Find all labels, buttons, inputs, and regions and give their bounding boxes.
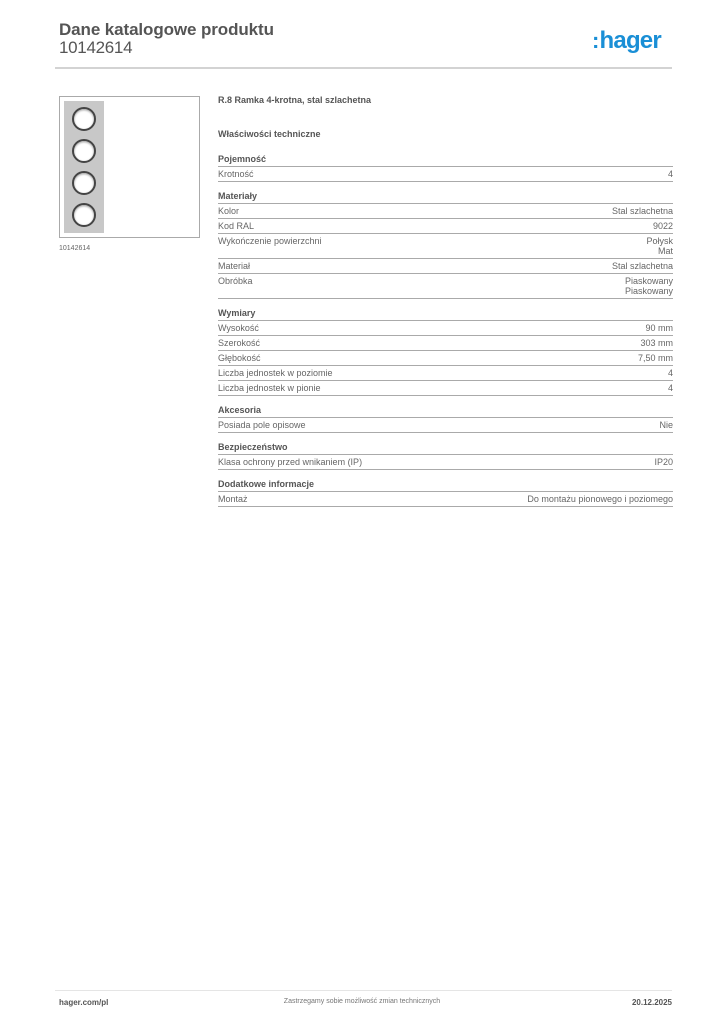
- spec-label: Szerokość: [218, 338, 260, 348]
- spec-value-line: 9022: [653, 221, 673, 231]
- spec-value-line: Stal szlachetna: [612, 206, 673, 216]
- section-title: Właściwości techniczne: [218, 129, 673, 154]
- spec-group: AkcesoriaPosiada pole opisoweNie: [218, 405, 673, 433]
- spec-label: Klasa ochrony przed wnikaniem (IP): [218, 457, 362, 467]
- footer-date: 20.12.2025: [632, 998, 672, 1007]
- group-title: Materiały: [218, 191, 673, 204]
- spec-row: Szerokość303 mm: [218, 336, 673, 351]
- spec-value: PiaskowanyPiaskowany: [625, 276, 673, 296]
- spec-value: 9022: [653, 221, 673, 231]
- spec-row: Wysokość90 mm: [218, 321, 673, 336]
- spec-group: Dodatkowe informacjeMontażDo montażu pio…: [218, 479, 673, 507]
- spec-value-line: Mat: [646, 246, 673, 256]
- spec-value-line: Nie: [659, 420, 673, 430]
- image-caption: 10142614: [59, 245, 90, 252]
- spec-value-line: 4: [668, 383, 673, 393]
- spec-label: Obróbka: [218, 276, 253, 296]
- spec-row: Kod RAL9022: [218, 219, 673, 234]
- spec-value-line: 4: [668, 368, 673, 378]
- spec-row: Głębokość7,50 mm: [218, 351, 673, 366]
- spec-label: Kolor: [218, 206, 239, 216]
- spec-row: Krotność4: [218, 167, 673, 182]
- spec-row: MontażDo montażu pionowego i poziomego: [218, 492, 673, 507]
- spec-label: Liczba jednostek w poziomie: [218, 368, 333, 378]
- spec-value: Stal szlachetna: [612, 206, 673, 216]
- spec-value: Stal szlachetna: [612, 261, 673, 271]
- group-title: Wymiary: [218, 308, 673, 321]
- spec-value-line: Piaskowany: [625, 276, 673, 286]
- spec-value: PołyskMat: [646, 236, 673, 256]
- spec-group: WymiaryWysokość90 mmSzerokość303 mmGłębo…: [218, 308, 673, 396]
- spec-group: PojemnośćKrotność4: [218, 154, 673, 182]
- spec-label: Wysokość: [218, 323, 259, 333]
- spec-groups: PojemnośćKrotność4MateriałyKolorStal szl…: [218, 154, 673, 507]
- spec-group: MateriałyKolorStal szlachetnaKod RAL9022…: [218, 191, 673, 299]
- spec-row: MateriałStal szlachetna: [218, 259, 673, 274]
- spec-value: 90 mm: [645, 323, 673, 333]
- spec-label: Materiał: [218, 261, 250, 271]
- logo-text: hager: [600, 27, 661, 54]
- page-title: Dane katalogowe produktu: [59, 20, 274, 40]
- spec-row: Posiada pole opisoweNie: [218, 418, 673, 433]
- footer-divider: [55, 990, 672, 991]
- socket-opening-icon: [72, 203, 96, 227]
- spec-value-line: Do montażu pionowego i poziomego: [527, 494, 673, 504]
- socket-opening-icon: [72, 139, 96, 163]
- frame-4-gang-icon: [64, 101, 104, 233]
- spec-label: Liczba jednostek w pionie: [218, 383, 321, 393]
- spec-value: Nie: [659, 420, 673, 430]
- spec-row: Wykończenie powierzchniPołyskMat: [218, 234, 673, 259]
- spec-label: Głębokość: [218, 353, 261, 363]
- spec-value: 4: [668, 383, 673, 393]
- spec-value-line: 90 mm: [645, 323, 673, 333]
- spec-row: KolorStal szlachetna: [218, 204, 673, 219]
- spec-row: Liczba jednostek w pionie4: [218, 381, 673, 396]
- group-title: Bezpieczeństwo: [218, 442, 673, 455]
- product-name: R.8 Ramka 4-krotna, stal szlachetna: [218, 95, 673, 129]
- socket-opening-icon: [72, 171, 96, 195]
- hager-logo: :hager: [592, 27, 661, 55]
- logo-colon-icon: :: [592, 28, 599, 53]
- header-divider: [55, 67, 672, 69]
- spec-value-line: Połysk: [646, 236, 673, 246]
- spec-label: Posiada pole opisowe: [218, 420, 306, 430]
- spec-value: 303 mm: [640, 338, 673, 348]
- product-specs: R.8 Ramka 4-krotna, stal szlachetna Właś…: [218, 95, 673, 516]
- spec-value-line: 303 mm: [640, 338, 673, 348]
- spec-value: Do montażu pionowego i poziomego: [527, 494, 673, 504]
- spec-label: Wykończenie powierzchni: [218, 236, 321, 256]
- socket-opening-icon: [72, 107, 96, 131]
- spec-value-line: Stal szlachetna: [612, 261, 673, 271]
- product-number: 10142614: [59, 38, 132, 58]
- spec-label: Krotność: [218, 169, 254, 179]
- spec-value-line: IP20: [654, 457, 673, 467]
- spec-value-line: Piaskowany: [625, 286, 673, 296]
- product-image: [59, 96, 200, 238]
- spec-label: Kod RAL: [218, 221, 254, 231]
- spec-value: 4: [668, 368, 673, 378]
- group-title: Pojemność: [218, 154, 673, 167]
- spec-value-line: 4: [668, 169, 673, 179]
- spec-row: ObróbkaPiaskowanyPiaskowany: [218, 274, 673, 299]
- spec-row: Liczba jednostek w poziomie4: [218, 366, 673, 381]
- spec-group: BezpieczeństwoKlasa ochrony przed wnikan…: [218, 442, 673, 470]
- spec-row: Klasa ochrony przed wnikaniem (IP)IP20: [218, 455, 673, 470]
- spec-value: 7,50 mm: [638, 353, 673, 363]
- spec-value-line: 7,50 mm: [638, 353, 673, 363]
- footer-disclaimer: Zastrzegamy sobie możliwość zmian techni…: [0, 998, 724, 1005]
- spec-label: Montaż: [218, 494, 248, 504]
- group-title: Dodatkowe informacje: [218, 479, 673, 492]
- spec-value: IP20: [654, 457, 673, 467]
- group-title: Akcesoria: [218, 405, 673, 418]
- spec-value: 4: [668, 169, 673, 179]
